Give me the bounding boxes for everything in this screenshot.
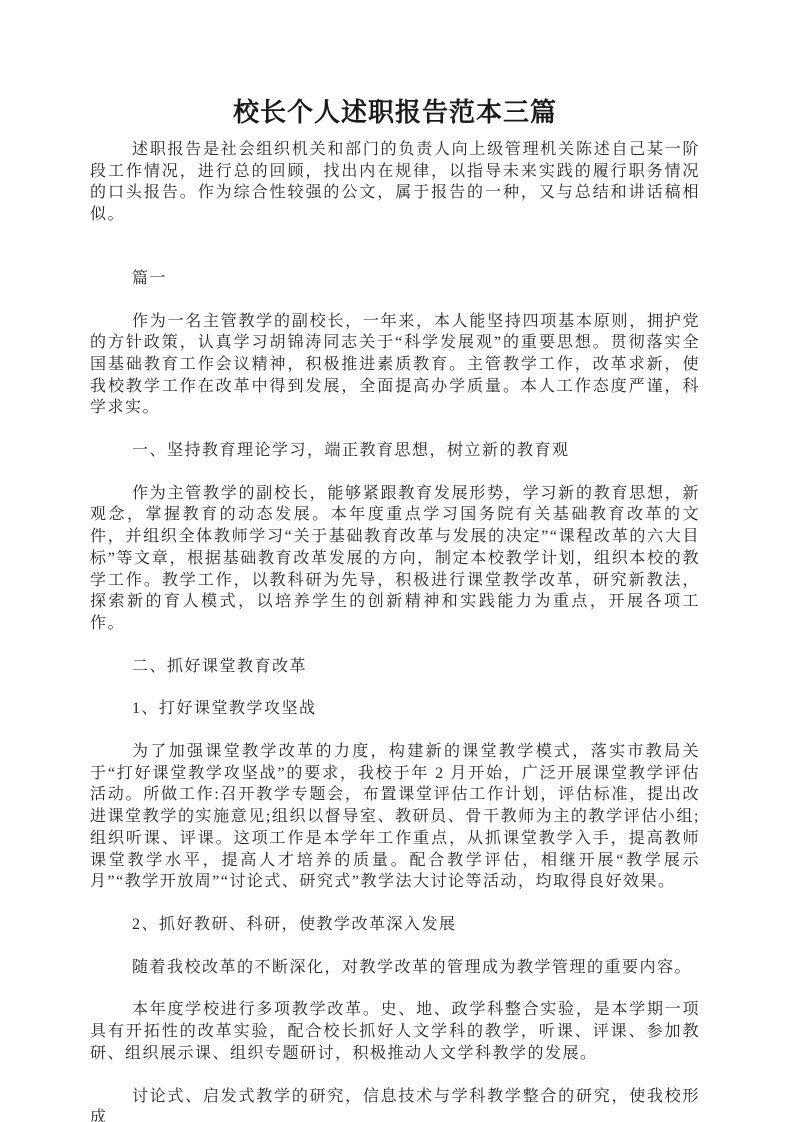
document-page: 校长个人述职报告范本三篇 述职报告是社会组织机关和部门的负责人向上级管理机关陈述… xyxy=(0,0,793,1122)
document-title: 校长个人述职报告范本三篇 xyxy=(90,95,700,131)
heading-classroom-reform: 二、抓好课堂教育改革 xyxy=(90,656,700,678)
subheading-research: 2、抓好教研、科研，使教学改革深入发展 xyxy=(90,914,700,936)
para-theory-study: 作为主管教学的副校长，能够紧跟教育发展形势，学习新的教育思想，新观念，掌握教育的… xyxy=(90,483,700,635)
para-teaching-experiments: 本年度学校进行多项教学改革。史、地、政学科整合实验，是本学期一项具有开拓性的改革… xyxy=(90,999,700,1064)
section-one-label: 篇一 xyxy=(90,268,700,290)
subheading-classroom-battle: 1、打好课堂教学攻坚战 xyxy=(90,698,700,720)
para-overview: 作为一名主管教学的副校长，一年来，本人能坚持四项基本原则，拥护党的方针政策，认真… xyxy=(90,311,700,420)
intro-paragraph: 述职报告是社会组织机关和部门的负责人向上级管理机关陈述自己某一阶段工作情况，进行… xyxy=(90,139,700,226)
para-reform-management: 随着我校改革的不断深化，对教学改革的管理成为教学管理的重要内容。 xyxy=(90,957,700,979)
heading-education-theory: 一、坚持教育理论学习，端正教育思想，树立新的教育观 xyxy=(90,440,700,462)
para-discussion-teaching: 讨论式、启发式教学的研究，信息技术与学科教学整合的研究，使我校形成 xyxy=(90,1086,700,1122)
para-classroom-evaluation: 为了加强课堂教学改革的力度，构建新的课堂教学模式，落实市教局关于“打好课堂教学攻… xyxy=(90,741,700,893)
